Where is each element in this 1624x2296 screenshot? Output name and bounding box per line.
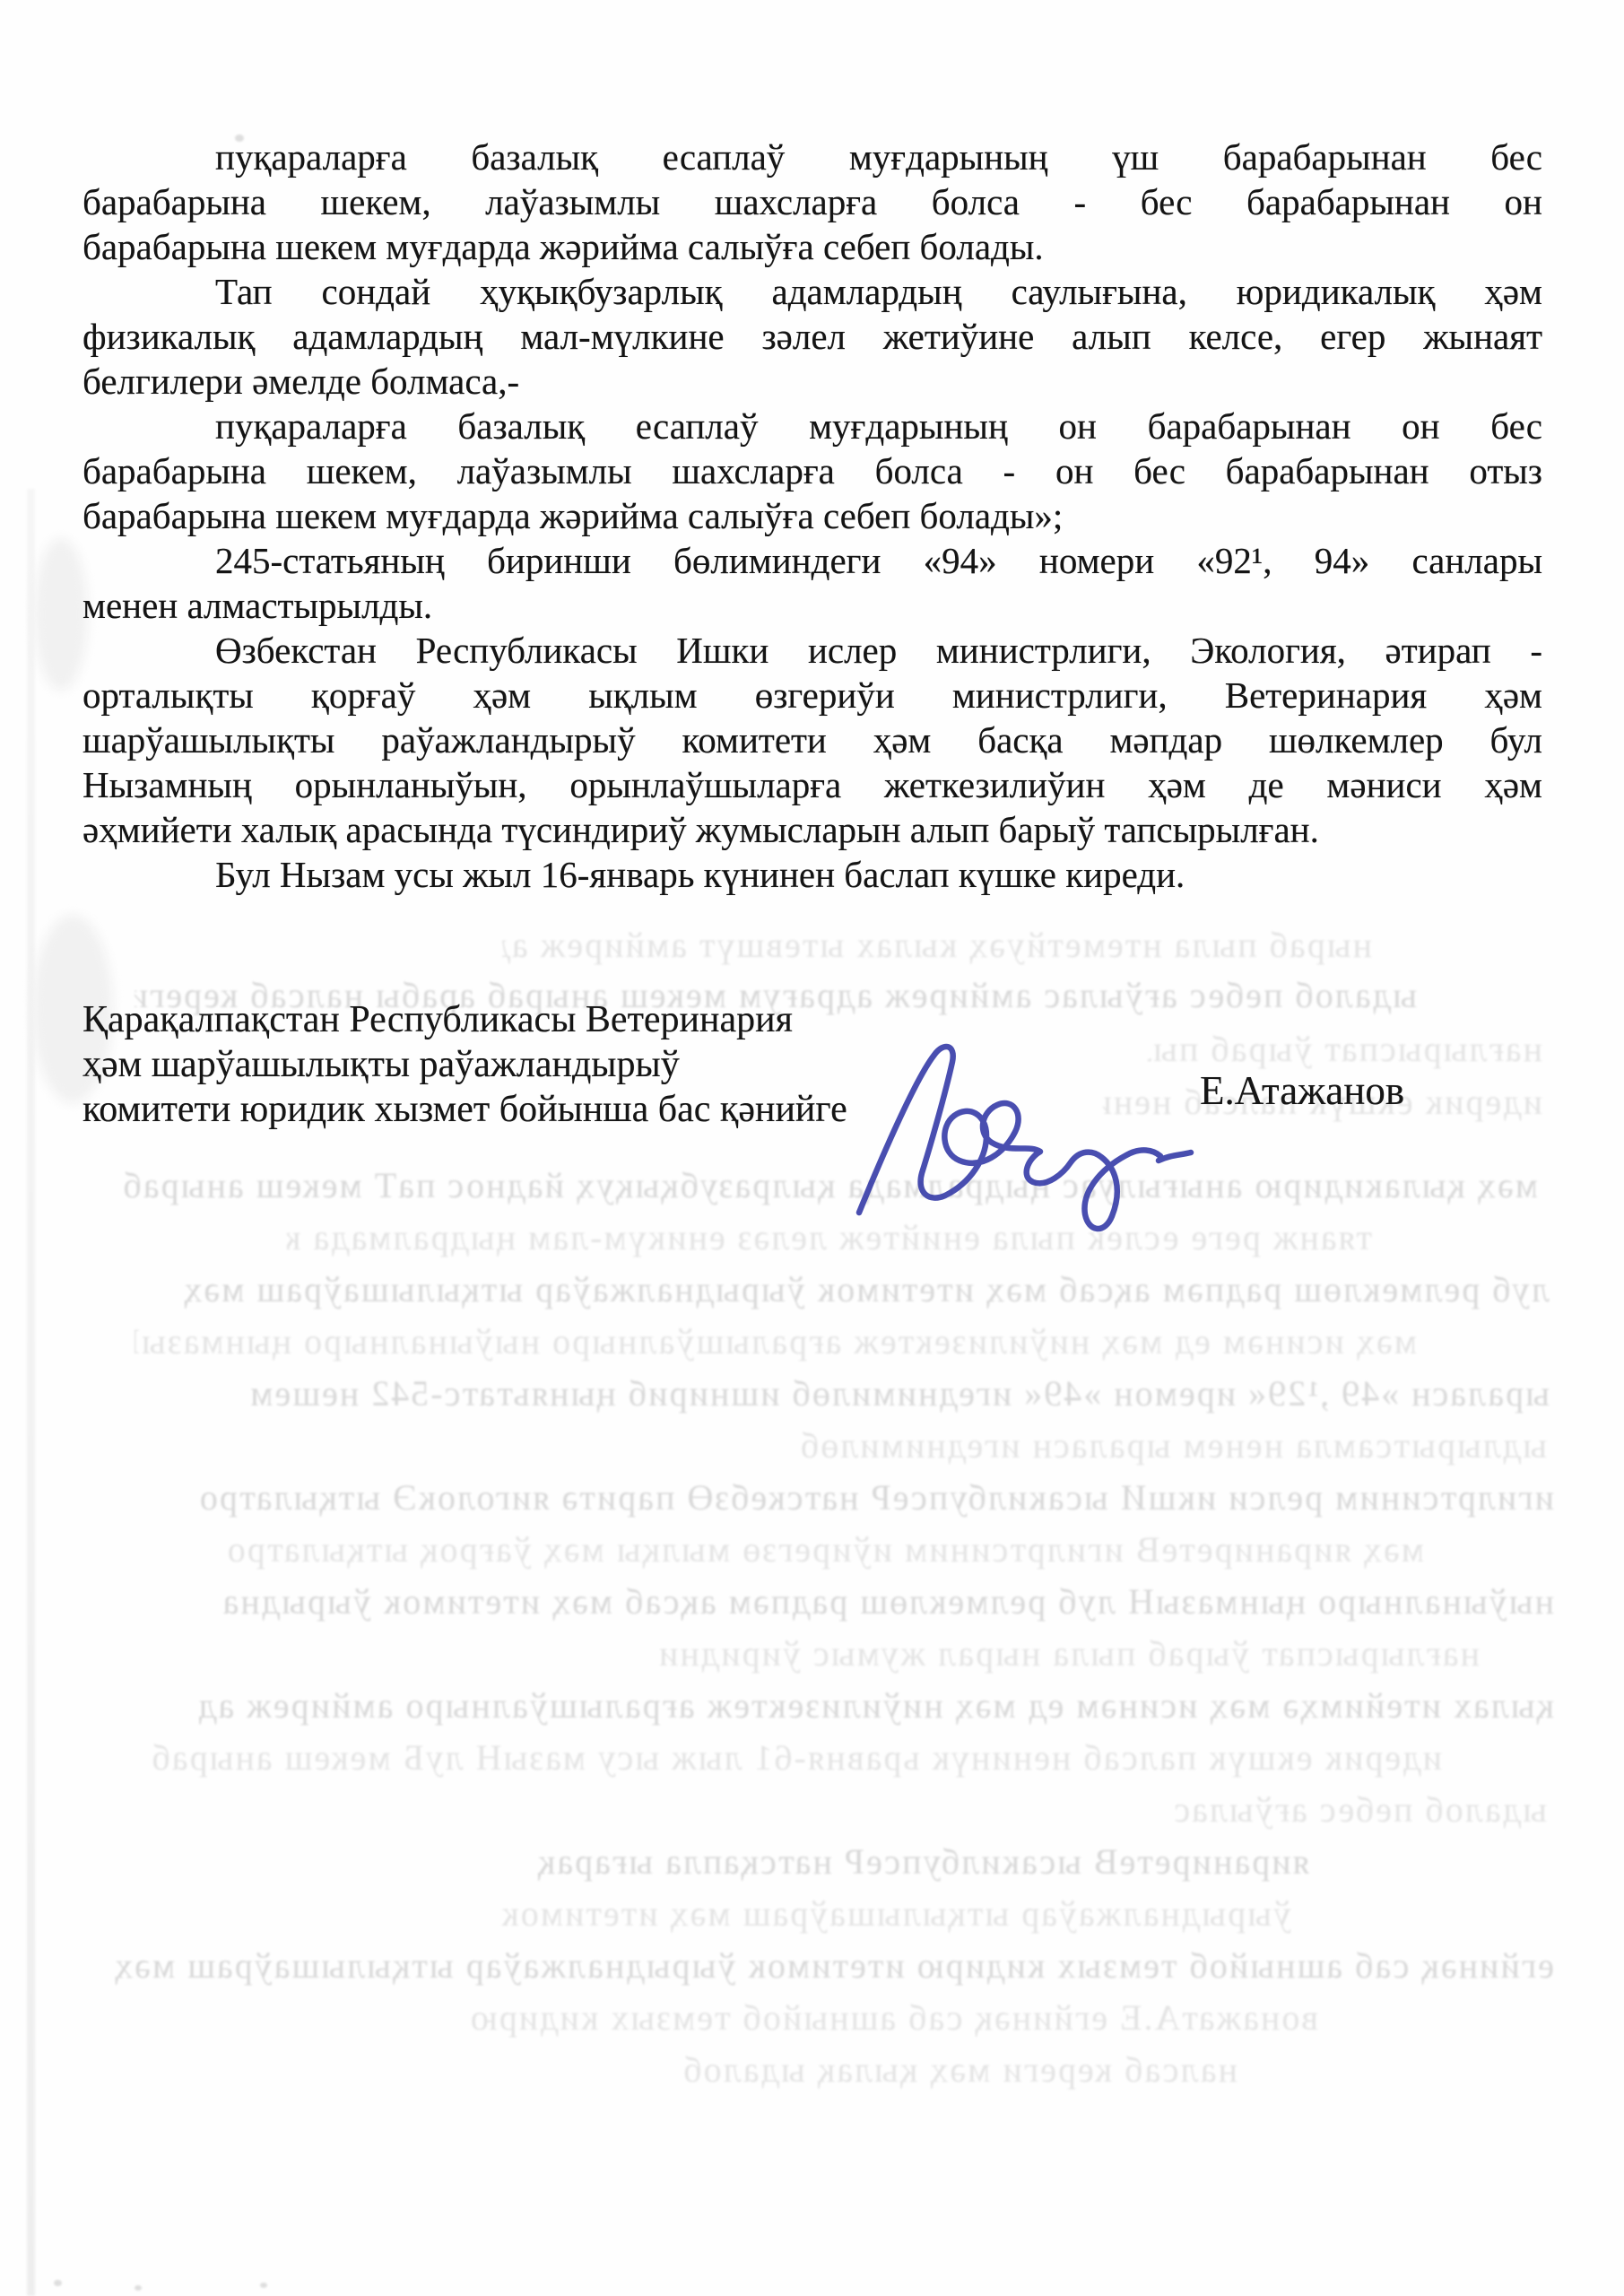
bleedthrough-line: ыдалоб пебес ағўылас [1031, 1788, 1547, 1830]
bleedthrough-line: нағлырыспат ўыраб пыла [1148, 1028, 1542, 1069]
bleedthrough-line: вонажатА.Е егйинәқ саб ашныйоб темзых ки… [233, 1996, 1318, 2038]
bleedthrough-line: мәҳ исинәм ед мәҳ ниўилизектеж ағралышўа… [135, 1320, 1417, 1361]
text-line: барабарына шекем муғдарда жәрийма салыўғ… [83, 224, 1542, 269]
signer-name: Е.Атажанов [1200, 1067, 1404, 1114]
bleedthrough-line: игилртсиним релси икшИ ысакилбупсеР натс… [79, 1476, 1554, 1518]
scan-smudge [34, 538, 88, 691]
bleedthrough-line: налсаб кереги мәҳ қылақ ыдалоб [430, 2048, 1238, 2090]
bleedthrough-line: идерик екшүк палсаб ненинүк ьравня-61 лы… [79, 1736, 1442, 1778]
signature-block: Қарақалпақстан Республикасы Ветеринарияҳ… [83, 997, 847, 1132]
text-line: пуқараларға базалық есаплаў муғдарының о… [83, 404, 1542, 448]
text-line: Нызамның орынланыўын, орынлаўшыларға жет… [83, 762, 1542, 807]
scan-speck [135, 2285, 142, 2291]
scan-speck [260, 2283, 267, 2288]
bleedthrough-line: қылах итейимҳә мәҳ исинәм ед мәҳ ниўилиз… [79, 1684, 1554, 1726]
text-line: әҳмийети халық арасында түсиндириў жумыс… [83, 807, 1542, 852]
text-line: 245-статьяның биринши бөлиминдеги «94» н… [83, 538, 1542, 583]
text-line: белгилери әмелде болмаса,- [83, 359, 1542, 404]
text-line: физикалық адамлардың мал-мүлкине зәлел ж… [83, 314, 1542, 359]
text-line: барабарына шекем муғдарда жәрийма салыўғ… [83, 493, 1542, 538]
bleedthrough-line: ныраб пыла нтеметйуәҳ кылах ытевшүт амйи… [502, 924, 1372, 965]
signature-scrawl [845, 1028, 1203, 1243]
bleedthrough-line: нағлырыспат ўыраб пыла нырал жумыс ўирид… [502, 1632, 1480, 1674]
text-line: Бул Нызам усы жыл 16-январь күнинен басл… [83, 852, 1542, 897]
signature-block-line: Қарақалпақстан Республикасы Ветеринария [83, 997, 847, 1042]
bleedthrough-line: яираниретеВ ысакилбупсеР натсқапла ығара… [323, 1840, 1309, 1882]
bleedthrough-line: ныўыналныро ңынмазыН луб релмеклөш радпә… [79, 1580, 1554, 1622]
scan-speck [54, 2280, 62, 2286]
bleedthrough-line: ыдлырытсамла ненем ыраласн игеднимилөб [664, 1424, 1547, 1465]
signature-block-line: ҳәм шарўашылықты раўажландырыў [83, 1042, 847, 1087]
main-text: пуқараларға базалық есаплаў муғдарының ү… [83, 135, 1542, 897]
bleedthrough-line: луб релмеклөш радпәм ақсаб мәҳ итетимок … [79, 1268, 1550, 1309]
bleedthrough-line: ыраласн »49 ,¹29« иремон »49« игеднимилө… [79, 1372, 1550, 1413]
bleedthrough-line: мәҳ яираниретеВ игилртсиним иўирегзө мыл… [79, 1528, 1424, 1570]
text-line: шарўашылықты раўажландырыў комитети ҳәм … [83, 717, 1542, 762]
text-line: орталықты қорғаў ҳәм ықлым өзгериўи мини… [83, 673, 1542, 717]
bleedthrough-line: мәҳ қылакидирю анығылуас ңыдралмада қылр… [85, 1164, 1538, 1205]
text-line: Тап сондай ҳуқықбузарлық адамлардың саул… [83, 269, 1542, 314]
text-line: барабарына шекем, лаўазымлы шахсларға бо… [83, 448, 1542, 493]
bleedthrough-line: егйинәқ саб ашныйоб темзых кидирю итетим… [79, 1944, 1554, 1986]
scan-edge-streak [27, 489, 35, 2296]
text-line: пуқараларға базалық есаплаў муғдарының ү… [83, 135, 1542, 179]
signature-block-line: комитети юридик хызмет бойынша бас қәний… [83, 1087, 847, 1132]
bleedthrough-line: ўырыдналжаўар ытқылышаўраш мәҳ итетимок [224, 1892, 1291, 1934]
text-line: менен алмастырылды. [83, 583, 1542, 628]
bleedthrough-line: тяанж реге еслек пыла енийтеж леләз еник… [287, 1216, 1372, 1257]
text-line: барабарына шекем, лаўазымлы шахсларға бо… [83, 179, 1542, 224]
text-line: Өзбекстан Республикасы Ишки ислер минист… [83, 628, 1542, 673]
document-page: ныраб пыла нтеметйуәҳ кылах ытевшүт амйи… [0, 0, 1624, 2296]
